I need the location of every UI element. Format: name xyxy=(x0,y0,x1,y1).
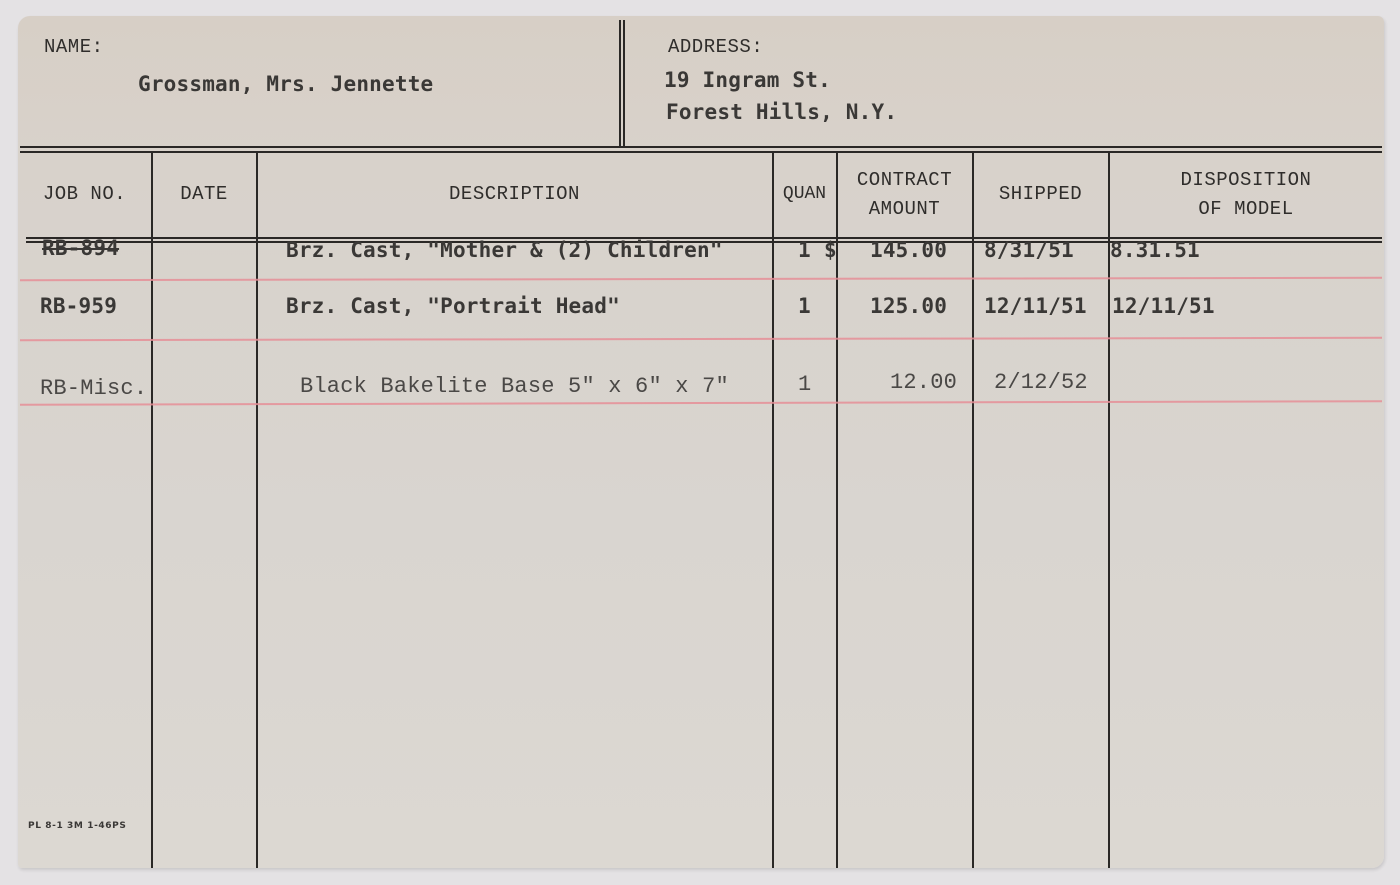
cell-quan: 1 xyxy=(798,372,811,397)
cell-job-no: RB-Misc. xyxy=(40,376,147,401)
header-job-no: JOB NO. xyxy=(18,180,151,209)
cell-amount: 125.00 xyxy=(870,294,947,318)
form-code: PL 8-1 3M 1-46PS xyxy=(28,821,126,831)
red-rule-2 xyxy=(20,337,1382,341)
record-card: NAME: Grossman, Mrs. Jennette ADDRESS: 1… xyxy=(18,16,1384,868)
cell-description: Black Bakelite Base 5" x 6" x 7" xyxy=(300,374,729,399)
header-disposition-1: DISPOSITION xyxy=(1109,166,1383,195)
cell-description: Brz. Cast, "Mother & (2) Children" xyxy=(286,238,723,262)
cell-disposition: 12/11/51 xyxy=(1112,294,1215,318)
header-date: DATE xyxy=(152,180,256,209)
cell-job-no: RB-894 xyxy=(42,236,119,260)
col-divider-date xyxy=(151,152,153,868)
cell-job-no: RB-959 xyxy=(40,294,117,318)
col-divider-description xyxy=(256,152,258,868)
name-value: Grossman, Mrs. Jennette xyxy=(138,72,433,96)
cell-disposition: 8.31.51 xyxy=(1110,238,1200,262)
header-divider xyxy=(619,20,621,148)
header-disposition-2: OF MODEL xyxy=(1109,195,1383,224)
name-label: NAME: xyxy=(44,36,104,58)
cell-currency: $ xyxy=(824,238,837,262)
address-line-1: 19 Ingram St. xyxy=(664,68,831,92)
col-divider-shipped xyxy=(972,152,974,868)
cell-amount: 145.00 xyxy=(870,238,947,262)
header-quan: QUAN xyxy=(773,180,836,209)
header-contract-amount-2: AMOUNT xyxy=(837,195,972,224)
top-rule-2 xyxy=(20,151,1382,153)
cell-quan: 1 xyxy=(798,238,811,262)
header-divider-2 xyxy=(623,20,625,148)
cell-shipped: 2/12/52 xyxy=(994,370,1088,395)
address-line-2: Forest Hills, N.Y. xyxy=(666,100,897,124)
top-rule xyxy=(20,146,1382,148)
address-label: ADDRESS: xyxy=(668,36,763,58)
cell-amount: 12.00 xyxy=(890,370,957,395)
red-rule-1 xyxy=(20,277,1382,281)
header-description: DESCRIPTION xyxy=(257,180,772,209)
red-rule-3 xyxy=(20,400,1382,406)
col-divider-quan xyxy=(772,152,774,868)
cell-quan: 1 xyxy=(798,294,811,318)
cell-shipped: 8/31/51 xyxy=(984,238,1074,262)
header-contract-amount-1: CONTRACT xyxy=(837,166,972,195)
cell-description: Brz. Cast, "Portrait Head" xyxy=(286,294,620,318)
header-shipped: SHIPPED xyxy=(973,180,1108,209)
cell-shipped: 12/11/51 xyxy=(984,294,1087,318)
